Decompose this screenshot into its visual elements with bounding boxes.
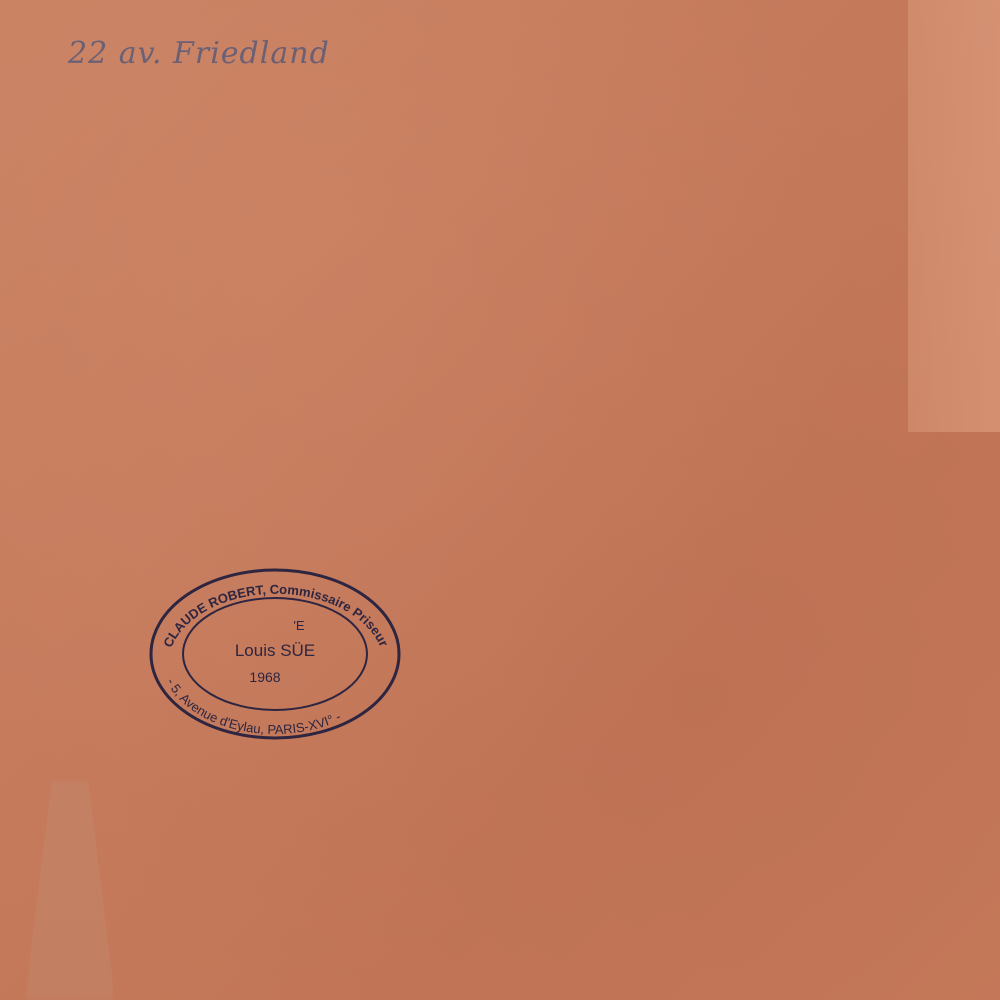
faded-strip: [908, 0, 1000, 432]
pencil-address: 22 av. Friedland: [68, 36, 330, 71]
auction-stamp: CLAUDE ROBERT, Commissaire Priseur - 5, …: [147, 566, 403, 741]
paper-background: [0, 0, 1000, 1000]
stamp-line3: 1968: [249, 669, 280, 685]
stamp-line1: 'E: [293, 618, 304, 633]
stamp-line2: Louis SÜE: [235, 641, 315, 660]
